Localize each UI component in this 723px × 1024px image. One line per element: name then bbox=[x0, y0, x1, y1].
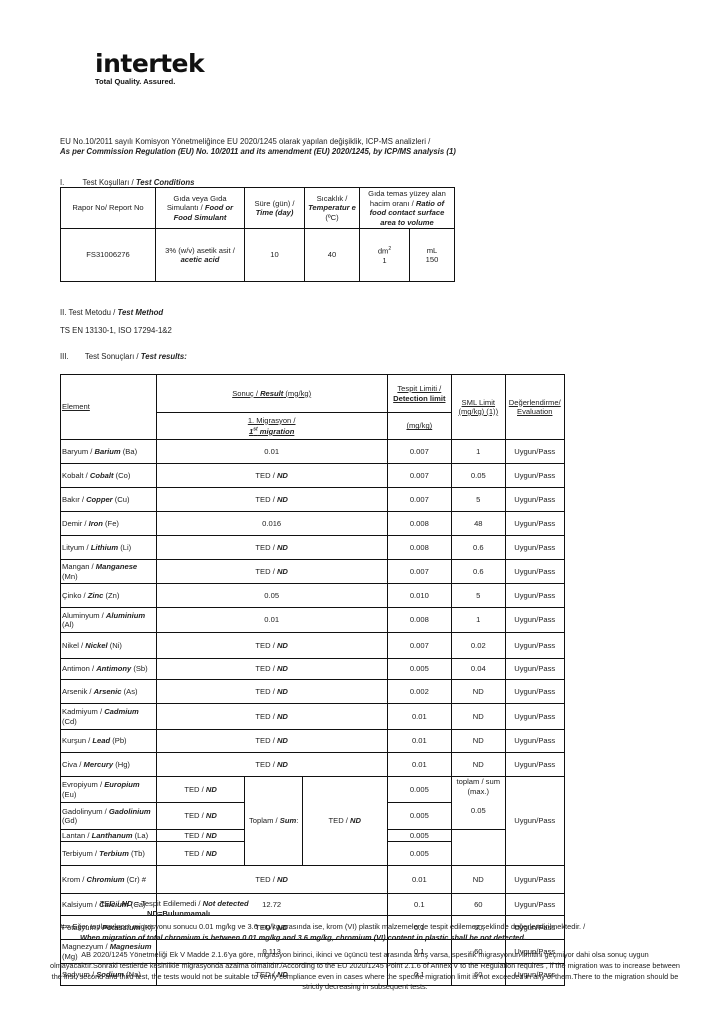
detection-limit: 0.005 bbox=[387, 830, 452, 842]
evaluation: Uygun/Pass bbox=[505, 560, 565, 584]
intro-en: As per Commission Regulation (EU) No. 10… bbox=[60, 147, 500, 157]
result-value: 0.01 bbox=[156, 608, 387, 633]
sml-limit: 5 bbox=[452, 584, 505, 608]
detection-limit: 0.007 bbox=[387, 464, 452, 488]
element-name: Nikel / Nickel (Ni) bbox=[61, 633, 157, 659]
header-time: Süre (gün) /Time (day) bbox=[245, 188, 305, 229]
header-report-no: Rapor No/ Report No bbox=[61, 188, 156, 229]
table-row: Mangan / Manganese (Mn) TED / ND 0.007 0… bbox=[61, 560, 565, 584]
section-number: I. bbox=[60, 178, 64, 187]
detection-limit: 0.005 bbox=[387, 803, 452, 830]
detection-limit: 0.005 bbox=[387, 777, 452, 803]
evaluation: Uygun/Pass bbox=[505, 512, 565, 536]
table-row: Aluminyum / Aluminium (Al) 0.01 0.008 1 … bbox=[61, 608, 565, 633]
sum-result: TED / ND bbox=[302, 777, 387, 866]
element-name: Demir / Iron (Fe) bbox=[61, 512, 157, 536]
result-value: TED / ND bbox=[156, 753, 387, 777]
test-results-table: Element Sonuç / Result (mg/kg) Tespit Li… bbox=[60, 374, 565, 986]
element-name: Mangan / Manganese (Mn) bbox=[61, 560, 157, 584]
header-temperature: Sıcaklık /Temperatur e (ºC) bbox=[305, 188, 360, 229]
detection-limit: 0.002 bbox=[387, 680, 452, 704]
element-name: Krom / Chromium (Cr) # bbox=[61, 866, 157, 894]
detection-limit: 0.01 bbox=[387, 730, 452, 753]
evaluation: Uygun/Pass bbox=[505, 680, 565, 704]
detection-limit: 0.005 bbox=[387, 842, 452, 866]
time-value: 10 bbox=[245, 229, 305, 282]
element-name: Bakır / Copper (Cu) bbox=[61, 488, 157, 512]
sml-empty bbox=[452, 830, 505, 866]
evaluation: Uygun/Pass bbox=[505, 730, 565, 753]
result-value: 0.05 bbox=[156, 584, 387, 608]
result-value: TED / ND bbox=[156, 830, 245, 842]
evaluation: Uygun/Pass bbox=[505, 584, 565, 608]
element-name: Civa / Mercury (Hg) bbox=[61, 753, 157, 777]
element-name: Çinko / Zinc (Zn) bbox=[61, 584, 157, 608]
evaluation: Uygun/Pass bbox=[505, 464, 565, 488]
chromium-footnote: # = Eğer toplam krom migrasyonu sonucu 0… bbox=[60, 921, 700, 943]
intertek-logo: intertek Total Quality. Assured. bbox=[95, 52, 204, 86]
table-row: Demir / Iron (Fe) 0.016 0.008 48 Uygun/P… bbox=[61, 512, 565, 536]
header-detection-unit: (mg/kg) bbox=[387, 413, 452, 440]
element-name: Antimon / Antimony (Sb) bbox=[61, 659, 157, 680]
element-name: Arsenik / Arsenic (As) bbox=[61, 680, 157, 704]
regulation-note: AB 2020/1245 Yönetmeliği Ek V Madde 2.1.… bbox=[50, 950, 680, 993]
header-evaluation: Değerlendirme/ Evaluation bbox=[505, 375, 565, 440]
table-row: Evropiyum / Europium (Eu)TED / NDToplam … bbox=[61, 777, 565, 803]
evaluation: Uygun/Pass bbox=[505, 633, 565, 659]
result-value: TED / ND bbox=[156, 536, 387, 560]
element-name: Kadmiyum / Cadmium (Cd) bbox=[61, 704, 157, 730]
element-name: Aluminyum / Aluminium (Al) bbox=[61, 608, 157, 633]
sml-limit: 0.6 bbox=[452, 560, 505, 584]
table-row: Bakır / Copper (Cu) TED / ND 0.007 5 Uyg… bbox=[61, 488, 565, 512]
evaluation: Uygun/Pass bbox=[505, 608, 565, 633]
element-name: Gadolinyum / Gadolinium (Gd) bbox=[61, 803, 157, 830]
header-sml-limit: SML Limit (mg/kg) (1)) bbox=[452, 375, 505, 440]
element-name: Baryum / Barium (Ba) bbox=[61, 440, 157, 464]
evaluation: Uygun/Pass bbox=[505, 488, 565, 512]
evaluation: Uygun/Pass bbox=[505, 753, 565, 777]
table-row: Krom / Chromium (Cr) # TED / ND 0.01 ND … bbox=[61, 866, 565, 894]
intro-tr: EU No.10/2011 sayılı Komisyon Yönetmeliğ… bbox=[60, 137, 500, 147]
header-first-migration: 1. Migrasyon /1st migration bbox=[156, 413, 387, 440]
detection-limit: 0.01 bbox=[387, 866, 452, 894]
result-value: TED / ND bbox=[156, 704, 387, 730]
sml-limit: 0.04 bbox=[452, 659, 505, 680]
result-value: TED / ND bbox=[156, 842, 245, 866]
detection-limit: 0.008 bbox=[387, 512, 452, 536]
result-value: TED / ND bbox=[156, 659, 387, 680]
test-conditions-table: Rapor No/ Report No Gıda veya Gıda Simul… bbox=[60, 187, 455, 282]
table-row: Antimon / Antimony (Sb) TED / ND 0.005 0… bbox=[61, 659, 565, 680]
test-method-value: TS EN 13130-1, ISO 17294-1&2 bbox=[60, 326, 172, 335]
sml-limit: 48 bbox=[452, 512, 505, 536]
sml-limit: 5 bbox=[452, 488, 505, 512]
detection-limit: 0.007 bbox=[387, 440, 452, 464]
table-row: Kurşun / Lead (Pb) TED / ND 0.01 ND Uygu… bbox=[61, 730, 565, 753]
logo-wordmark: intertek bbox=[95, 52, 204, 76]
sml-limit: 60 bbox=[452, 894, 505, 916]
result-value: 0.016 bbox=[156, 512, 387, 536]
result-value: TED / ND bbox=[156, 488, 387, 512]
sml-limit: ND bbox=[452, 704, 505, 730]
element-name: Kobalt / Cobalt (Co) bbox=[61, 464, 157, 488]
section3-heading: III. Test Sonuçları / Test results: bbox=[60, 352, 187, 361]
sml-limit: 0.6 bbox=[452, 536, 505, 560]
result-value: TED / ND bbox=[156, 633, 387, 659]
result-value: TED / ND bbox=[156, 777, 245, 803]
result-value: TED / ND bbox=[156, 866, 387, 894]
header-result: Sonuç / Result (mg/kg) bbox=[156, 375, 387, 413]
logo-tagline: Total Quality. Assured. bbox=[95, 77, 204, 86]
table-row: Baryum / Barium (Ba) 0.01 0.007 1 Uygun/… bbox=[61, 440, 565, 464]
detection-limit: 0.008 bbox=[387, 608, 452, 633]
detection-limit: 0.007 bbox=[387, 633, 452, 659]
area-value: dm21 bbox=[360, 229, 410, 282]
evaluation: Uygun/Pass bbox=[505, 704, 565, 730]
header-element: Element bbox=[61, 375, 157, 440]
detection-limit: 0.1 bbox=[387, 894, 452, 916]
result-value: 0.01 bbox=[156, 440, 387, 464]
section-title-tr: Test Koşulları / bbox=[83, 178, 134, 187]
temperature-value: 40 bbox=[305, 229, 360, 282]
table-row: Civa / Mercury (Hg) TED / ND 0.01 ND Uyg… bbox=[61, 753, 565, 777]
header-simulant: Gıda veya Gıda Simulantı / Food or Food … bbox=[156, 188, 245, 229]
table-row: Arsenik / Arsenic (As) TED / ND 0.002 ND… bbox=[61, 680, 565, 704]
report-number: FS31006276 bbox=[61, 229, 156, 282]
sml-limit: ND bbox=[452, 866, 505, 894]
element-name: Evropiyum / Europium (Eu) bbox=[61, 777, 157, 803]
section-title-en: Test Conditions bbox=[136, 178, 195, 187]
sml-limit: 0.02 bbox=[452, 633, 505, 659]
intro-text: EU No.10/2011 sayılı Komisyon Yönetmeliğ… bbox=[60, 137, 500, 157]
result-value: TED / ND bbox=[156, 680, 387, 704]
header-detection-limit: Tespit Limiti /Detection limit bbox=[387, 375, 452, 413]
detection-limit: 0.007 bbox=[387, 560, 452, 584]
element-name: Terbiyum / Terbium (Tb) bbox=[61, 842, 157, 866]
result-value: TED / ND bbox=[156, 803, 245, 830]
element-name: Lityum / Lithium (Li) bbox=[61, 536, 157, 560]
table-row: Çinko / Zinc (Zn) 0.05 0.010 5 Uygun/Pas… bbox=[61, 584, 565, 608]
evaluation: Uygun/Pass bbox=[505, 659, 565, 680]
sml-limit: 1 bbox=[452, 440, 505, 464]
table-row: Kadmiyum / Cadmium (Cd) TED / ND 0.01 ND… bbox=[61, 704, 565, 730]
detection-limit: 0.010 bbox=[387, 584, 452, 608]
evaluation: Uygun/Pass bbox=[505, 440, 565, 464]
detection-limit: 0.007 bbox=[387, 488, 452, 512]
table-row: Kobalt / Cobalt (Co) TED / ND 0.007 0.05… bbox=[61, 464, 565, 488]
evaluation: Uygun/Pass bbox=[505, 777, 565, 866]
nd-legend: TED / ND = Tespit Edilemedi / Not detect… bbox=[100, 899, 249, 919]
simulant-value: 3% (w/v) asetik asit /acetic acid bbox=[156, 229, 245, 282]
element-name: Lantan / Lanthanum (La) bbox=[61, 830, 157, 842]
sml-limit: ND bbox=[452, 680, 505, 704]
detection-limit: 0.01 bbox=[387, 753, 452, 777]
detection-limit: 0.008 bbox=[387, 536, 452, 560]
evaluation: Uygun/Pass bbox=[505, 536, 565, 560]
sml-limit: ND bbox=[452, 753, 505, 777]
section1-heading: I. Test Koşulları / Test Conditions bbox=[60, 178, 194, 187]
detection-limit: 0.005 bbox=[387, 659, 452, 680]
sum-sml-limit: toplam / sum (max.)0.05 bbox=[452, 777, 505, 830]
table-row: Nikel / Nickel (Ni) TED / ND 0.007 0.02 … bbox=[61, 633, 565, 659]
sml-limit: 1 bbox=[452, 608, 505, 633]
result-value: TED / ND bbox=[156, 560, 387, 584]
sml-limit: ND bbox=[452, 730, 505, 753]
table-row: Lityum / Lithium (Li) TED / ND 0.008 0.6… bbox=[61, 536, 565, 560]
header-ratio: Gıda temas yüzey alan hacim oranı / Rati… bbox=[360, 188, 455, 229]
element-name: Kurşun / Lead (Pb) bbox=[61, 730, 157, 753]
detection-limit: 0.01 bbox=[387, 704, 452, 730]
evaluation: Uygun/Pass bbox=[505, 866, 565, 894]
result-value: TED / ND bbox=[156, 464, 387, 488]
section2-heading: II. Test Metodu / Test Method bbox=[60, 308, 163, 317]
result-value: TED / ND bbox=[156, 730, 387, 753]
sum-label: Toplam / Sum: bbox=[245, 777, 302, 866]
evaluation: Uygun/Pass bbox=[505, 894, 565, 916]
volume-value: mL150 bbox=[410, 229, 455, 282]
sml-limit: 0.05 bbox=[452, 464, 505, 488]
